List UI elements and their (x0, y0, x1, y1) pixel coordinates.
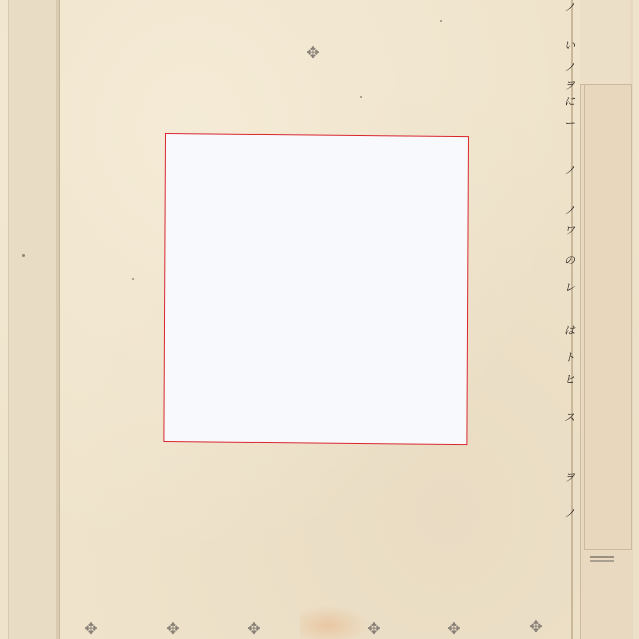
script-glyph: ノ (564, 165, 575, 176)
right-tab-upper (580, 0, 630, 85)
manuscript-page: ✥ ノ い ノ ヲ に ー ノ ノ ワ の レ は ト ヒ ス ヲ ノ ✥ ✥ … (0, 0, 639, 639)
ink-speck (132, 278, 134, 280)
left-fold-line (56, 0, 59, 639)
script-glyph: に (564, 96, 575, 107)
script-glyph: ノ (564, 205, 575, 216)
cross-mark-icon: ✥ (245, 620, 263, 638)
script-glyph: は (564, 325, 575, 336)
script-glyph: レ (564, 282, 575, 293)
cross-mark-icon: ✥ (304, 44, 322, 62)
cross-mark-icon: ✥ (164, 620, 182, 638)
ink-speck (22, 254, 25, 257)
script-glyph: い (564, 40, 575, 51)
tab-ink-mark (590, 556, 614, 558)
right-tab-lower (584, 84, 632, 550)
script-glyph: ノ (564, 62, 575, 73)
script-glyph: ノ (564, 508, 575, 519)
script-glyph: ス (564, 412, 575, 423)
script-glyph: の (564, 255, 575, 266)
cross-mark-icon: ✥ (445, 620, 463, 638)
script-glyph: ヒ (564, 374, 575, 385)
ink-speck (440, 20, 442, 22)
script-glyph: ー (564, 118, 575, 129)
script-glyph: ノ (564, 2, 575, 13)
redaction-frame (163, 133, 469, 445)
cross-mark-icon: ✥ (82, 620, 100, 638)
ink-speck (360, 96, 362, 98)
script-glyph: ヲ (564, 80, 575, 91)
cross-mark-icon: ✥ (527, 618, 545, 636)
water-stain (300, 605, 370, 639)
script-glyph: ヲ (564, 472, 575, 483)
margin-script-column: ノ い ノ ヲ に ー ノ ノ ワ の レ は ト ヒ ス ヲ ノ (564, 0, 582, 639)
script-glyph: ワ (564, 225, 575, 236)
script-glyph: ト (564, 352, 575, 363)
left-paper-strip (8, 0, 60, 639)
cross-mark-icon: ✥ (365, 620, 383, 638)
